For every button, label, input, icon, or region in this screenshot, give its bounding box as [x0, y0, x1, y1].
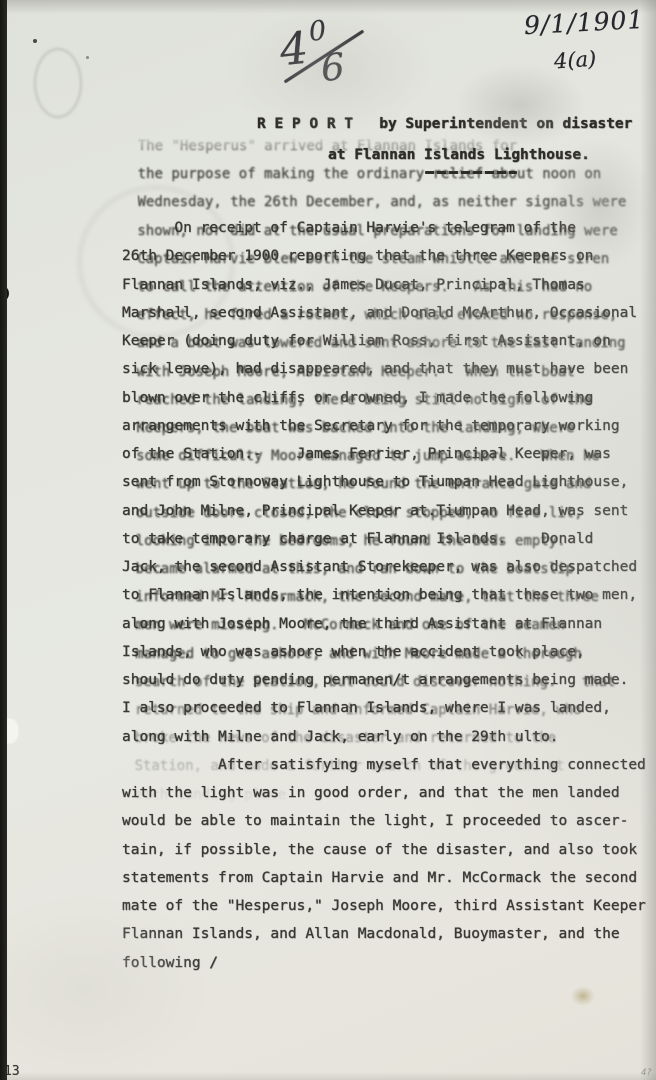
ink-speck: [33, 39, 37, 43]
scan-edge-strip: [0, 0, 7, 1080]
embossed-stamp-large-faint: [78, 186, 234, 338]
report-body-text: On receipt of Captain Harvie's telegram …: [122, 214, 646, 977]
handwritten-file-number-superscript: 0: [307, 15, 327, 48]
ink-speck: [86, 56, 89, 59]
scanned-paper-page: The "Hesperus" arrived at Flannan Island…: [0, 0, 656, 1080]
handwritten-reference: 4(a): [553, 47, 597, 74]
title-underline-rule: [425, 171, 517, 174]
embossed-stamp-faint: [34, 48, 82, 118]
handwritten-date: 9/1/1901: [523, 5, 645, 40]
report-title-line1: R E P O R T by Superintendent on disaste…: [257, 116, 632, 132]
report-title-line2: at Flannan Islands Lighthouse.: [328, 147, 590, 163]
corner-pencil-mark: 4?: [641, 1068, 652, 1078]
handwritten-file-number-denominator: 6: [319, 45, 346, 90]
paper-stain: [571, 986, 595, 1006]
